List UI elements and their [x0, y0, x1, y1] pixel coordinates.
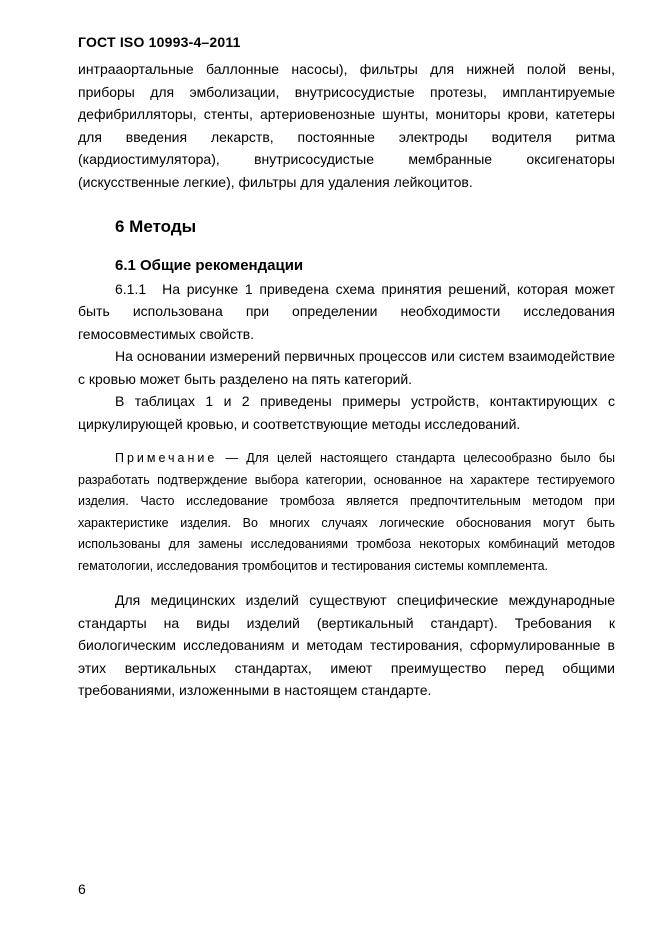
- note-text: Для целей настоящего стандарта целесообр…: [78, 451, 615, 573]
- subsection-heading-general-recommendations: 6.1 Общие рекомендации: [78, 255, 615, 278]
- running-header: ГОСТ ISO 10993-4–2011: [78, 34, 615, 51]
- clause-text: На рисунке 1 приведена схема принятия ре…: [78, 281, 615, 342]
- page-number: 6: [78, 881, 86, 898]
- note-label: Примечание: [115, 451, 217, 465]
- note-dash: —: [226, 451, 239, 465]
- paragraph-devices-continuation: интрааортальные баллонные насосы), фильт…: [78, 58, 615, 193]
- note-block: Примечание — Для целей настоящего станда…: [78, 448, 615, 577]
- paragraph-tables-1-2: В таблицах 1 и 2 приведены примеры устро…: [78, 390, 615, 435]
- document-page: ГОСТ ISO 10993-4–2011 интрааортальные ба…: [0, 0, 661, 935]
- clause-number: 6.1.1: [115, 281, 146, 297]
- paragraph-vertical-standards: Для медицинских изделий существуют специ…: [78, 589, 615, 702]
- section-heading-methods: 6 Методы: [78, 215, 615, 239]
- paragraph-five-categories: На основании измерений первичных процесс…: [78, 345, 615, 390]
- paragraph-clause-6-1-1: 6.1.1На рисунке 1 приведена схема принят…: [78, 278, 615, 346]
